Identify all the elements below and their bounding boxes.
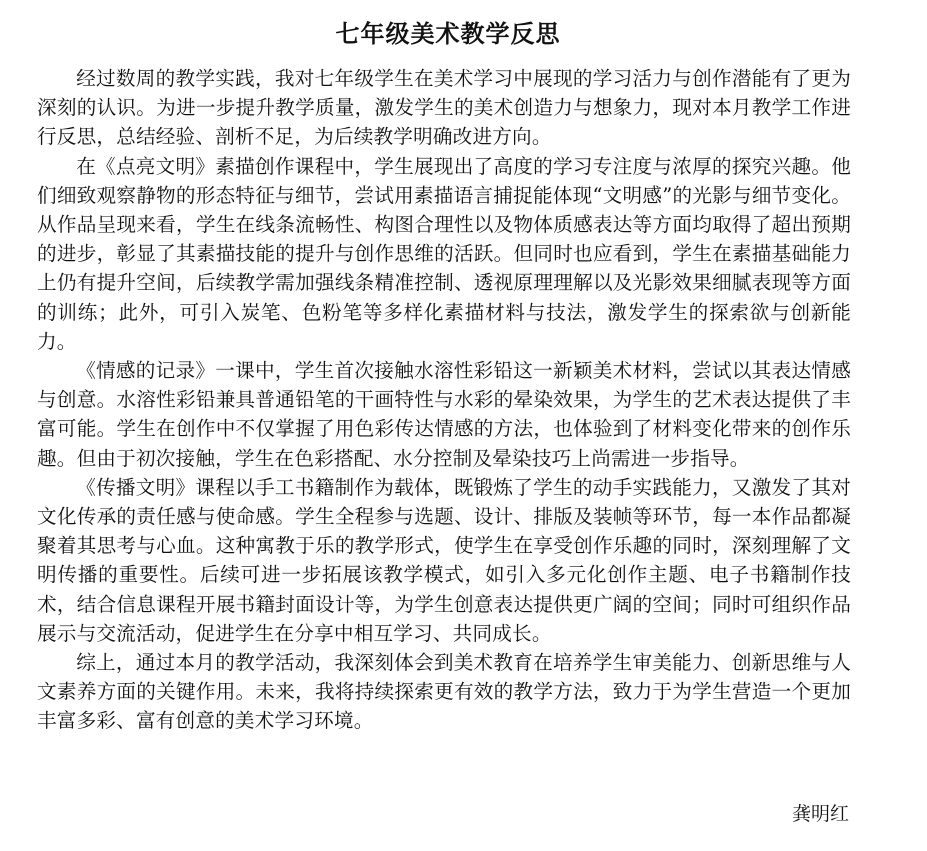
paragraph-book-course: 《传播文明》课程以手工书籍制作为载体，既锻炼了学生的动手实践能力，又激发了其对文… (37, 473, 851, 648)
paragraph-emotion-course: 《情感的记录》一课中，学生首次接触水溶性彩铅这一新颖美术材料，尝试以其表达情感与… (37, 356, 851, 473)
paragraph-sketch-course: 在《点亮文明》素描创作课程中，学生展现出了高度的学习专注度与浓厚的探究兴趣。他们… (37, 152, 851, 356)
document-page: 七年级美术教学反思 经过数周的教学实践，我对七年级学生在美术学习中展现的学习活力… (37, 14, 851, 736)
document-title: 七年级美术教学反思 (37, 14, 851, 54)
author-signature: 龚明红 (792, 800, 849, 828)
paragraph-conclusion: 综上，通过本月的教学活动，我深刻体会到美术教育在培养学生审美能力、创新思维与人文… (37, 648, 851, 736)
paragraph-intro: 经过数周的教学实践，我对七年级学生在美术学习中展现的学习活力与创作潜能有了更为深… (37, 64, 851, 152)
